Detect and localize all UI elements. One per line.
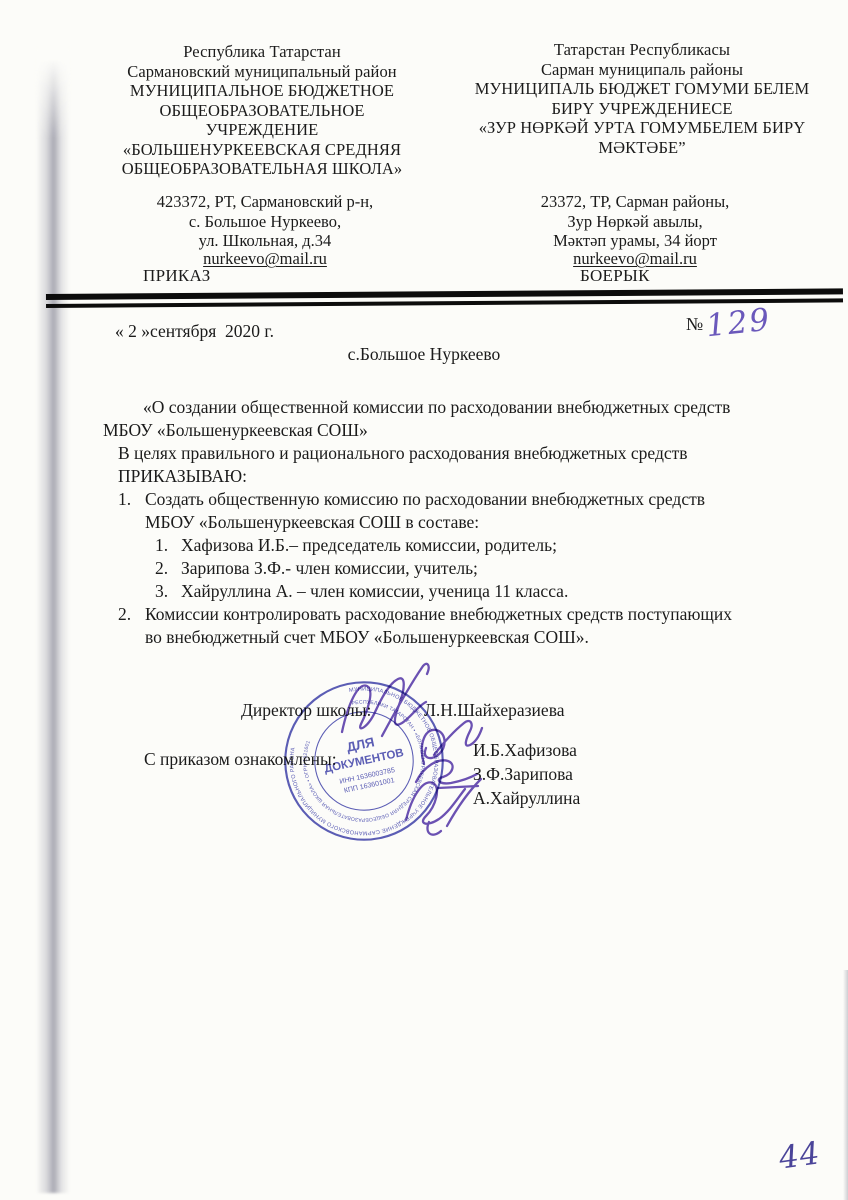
order-number-handwritten: 129	[704, 302, 773, 345]
order-item-text: Создать общественную комиссию по расходо…	[145, 488, 793, 534]
signature-director	[342, 678, 426, 732]
order-item-number: 1.	[118, 488, 145, 534]
order-purpose: В целях правильного и рационального расх…	[103, 442, 793, 465]
scanned-order-document: Республика Татарстан Сармановский муници…	[0, 0, 848, 1200]
member-number: 2.	[155, 557, 181, 580]
order-body: «О создании общественной комиссии по рас…	[103, 396, 793, 649]
header-divider	[46, 288, 843, 308]
org-header-tatar: Татарстан Республикасы Сарман муниципаль…	[448, 40, 836, 157]
place-line: с.Большое Нуркеево	[0, 344, 848, 365]
scan-edge-shadow	[36, 48, 70, 1193]
doc-type-russian: ПРИКАЗ	[143, 266, 211, 286]
order-item: 2. Комиссии контролировать расходование …	[103, 603, 793, 649]
page-right-edge-shadow	[843, 970, 848, 1200]
signature-khafizova	[422, 721, 482, 764]
member-text: Хайруллина А. – член комиссии, ученица 1…	[181, 580, 568, 603]
committee-member-row: 1. Хафизова И.Б.– председатель комиссии,…	[155, 534, 793, 557]
org-address-russian: 423372, РТ, Сармановский р-н, с. Большое…	[112, 192, 418, 251]
order-item-number: 2.	[118, 603, 145, 649]
order-item: 1. Создать общественную комиссию по расх…	[103, 488, 793, 534]
member-text: Зарипова З.Ф.- член комиссии, учитель;	[181, 557, 478, 580]
committee-member-row: 2. Зарипова З.Ф.- член комиссии, учитель…	[155, 557, 793, 580]
order-command: ПРИКАЗЫВАЮ:	[103, 465, 793, 488]
handwritten-signatures	[320, 660, 520, 852]
divider-bar-top	[46, 288, 843, 300]
member-text: Хафизова И.Б.– председатель комиссии, ро…	[181, 534, 557, 557]
date-line: « 2 »сентября 2020 г.	[115, 321, 274, 342]
page-number-handwritten: 44	[777, 1135, 823, 1176]
member-number: 1.	[155, 534, 181, 557]
doc-type-tatar: БОЕРЫК	[580, 266, 650, 286]
org-header-russian: Республика Татарстан Сармановский муници…	[62, 42, 462, 179]
org-address-tatar: 23372, ТР, Сарман районы, Зур Нөркәй авы…	[482, 192, 788, 251]
order-number-label: №	[686, 314, 703, 335]
order-title: «О создании общественной комиссии по рас…	[103, 396, 793, 442]
signature-director-flourish	[382, 664, 429, 736]
order-item-text: Комиссии контролировать расходование вне…	[145, 603, 793, 649]
member-number: 3.	[155, 580, 181, 603]
committee-member-row: 3. Хайруллина А. – член комиссии, учениц…	[155, 580, 793, 603]
